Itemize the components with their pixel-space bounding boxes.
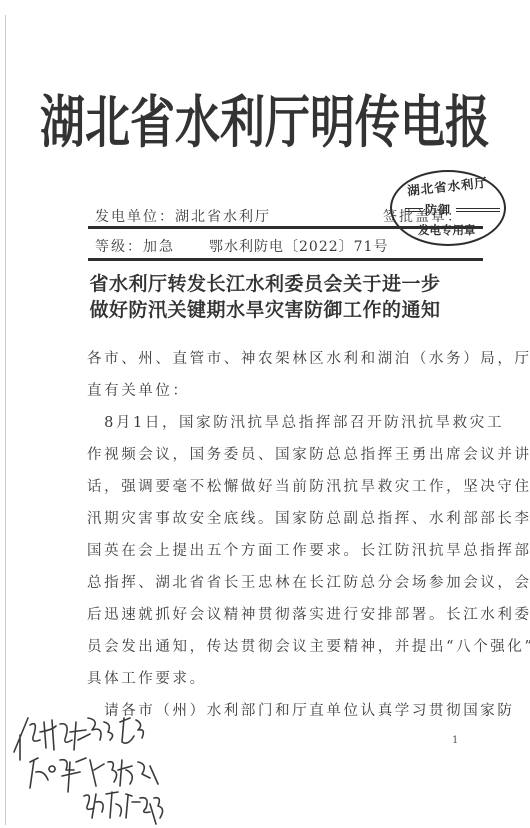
sender-value: 湖北省水利厅 xyxy=(175,209,271,225)
body-line: 直有关单位： xyxy=(87,379,190,400)
sender-label: 发电单位： xyxy=(95,209,175,225)
priority-label: 等级： xyxy=(95,239,143,255)
seal-bottom-text: 发电专用章 xyxy=(418,222,476,238)
header-divider-bottom xyxy=(88,258,483,261)
seal-line-left xyxy=(405,208,423,209)
seal-middle-text: 防御 xyxy=(425,201,451,218)
body-line: 员会发出通知，传达贯彻会议主要精神，并提出“八个强化” xyxy=(87,635,530,656)
priority-row: 等级：加急鄂水利防电〔2022〕71号 xyxy=(95,236,388,256)
masthead-title: 湖北省水利厅明传电报 xyxy=(0,90,530,155)
body-line: 具体工作要求。 xyxy=(87,667,207,688)
body-line: 各市、州、直管市、神农架林区水利和湖泊（水务）局，厅 xyxy=(87,347,530,368)
page-number: 1 xyxy=(452,735,458,746)
notice-title-line-2: 做好防汛关键期水旱灾害防御工作的通知 xyxy=(0,295,530,322)
document-number: 鄂水利防电〔2022〕71号 xyxy=(209,239,388,255)
seal-line-left-2 xyxy=(405,211,423,212)
body-line: 8月1日，国家防汛抗旱总指挥部召开防汛抗旱救灾工 xyxy=(87,411,504,432)
sender-row: 发电单位：湖北省水利厅 签批盖章： xyxy=(95,206,271,226)
body-line: 总指挥、湖北省省长王忠林在长江防总分会场参加会议，会 xyxy=(87,571,530,592)
body-line: 作视频会议，国务委员、国家防总总指挥王勇出席会议并讲 xyxy=(87,443,530,464)
notice-title-line-1: 省水利厅转发长江水利委员会关于进一步 xyxy=(0,269,530,296)
seal-line-right-2 xyxy=(456,211,500,212)
priority-value: 加急 xyxy=(143,239,175,255)
seal-line-right xyxy=(456,208,500,209)
body-line: 后迅速就抓好会议精神贯彻落实进行安排部署。长江水利委 xyxy=(87,603,530,624)
body-line: 汛期灾害事故安全底线。国家防总副总指挥、水利部部长李 xyxy=(87,507,530,528)
handwritten-annotation xyxy=(0,700,200,828)
body-line: 国英在会上提出五个方面工作要求。长江防汛抗旱总指挥部 xyxy=(87,539,530,560)
body-line: 话，强调要毫不松懈做好当前防汛抗旱救灾工作，坚决守住 xyxy=(87,475,530,496)
